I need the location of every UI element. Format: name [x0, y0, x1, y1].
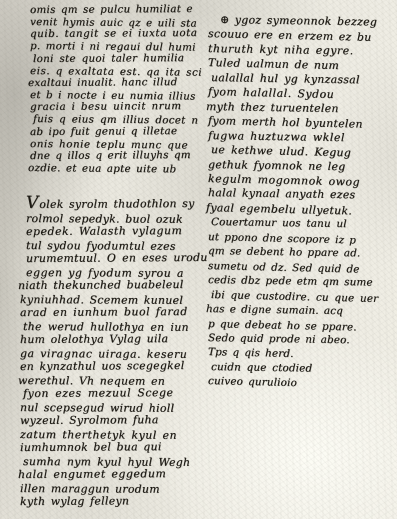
manuscript-line: niath thekunched buabeleul [18, 278, 202, 293]
manuscript-line: quib. tangit se ei iuxta uota [30, 28, 205, 41]
manuscript-line: ab ipo fuit genui q illetae [30, 125, 205, 138]
manuscript-line: exaltaui inualit. hanc illud [28, 77, 205, 90]
manuscript-line: iumhumnok bel bua qui [20, 440, 202, 455]
manuscript-line: wyzeul. Syrolmom fuha [20, 413, 202, 428]
manuscript-line: ozdie. et eua apte uite ub [28, 163, 205, 177]
manuscript-line: kyth wylag felleyn [20, 494, 202, 509]
left-column-latin-block: omis qm se pulcu humiliat evenit hymis a… [30, 5, 205, 175]
manuscript-line: Volek syrolm thudothlon sy [26, 196, 202, 212]
manuscript-line: urumemtuul. O en eses urodu [26, 251, 202, 266]
manuscript-line: gracia i besu uincit nrum [30, 101, 205, 114]
manuscript-line: en kynzathul uos scegegkel [20, 359, 202, 374]
manuscript-line: hum olelothya Vylag uila [20, 332, 202, 347]
manuscript-line: halal engumet eggedum [18, 467, 202, 482]
manuscript-line: epedek. Walasth vylagum [26, 224, 202, 239]
manuscript-line: cuiveo qurulioio [208, 374, 394, 393]
right-column-text-block: ⊕ ygoz symeonnok bezzegscouuo ere en erz… [208, 13, 394, 389]
manuscript-line: arad en iunhum buol farad [20, 305, 202, 320]
manuscript-line: fyon ezes mezuul Scege [23, 386, 202, 401]
manuscript-line: dne q illos q erit illuyhs qm [30, 150, 205, 163]
manuscript-scan-page: omis qm se pulcu humiliat evenit hymis a… [0, 0, 397, 519]
manuscript-line: loni ste quoi taler humilia [33, 53, 205, 66]
manuscript-line: omis qm se pulcu humiliat e [30, 4, 205, 17]
left-column-poem-block: Volek syrolm thudothlon syrolmol sepedyk… [20, 197, 202, 509]
